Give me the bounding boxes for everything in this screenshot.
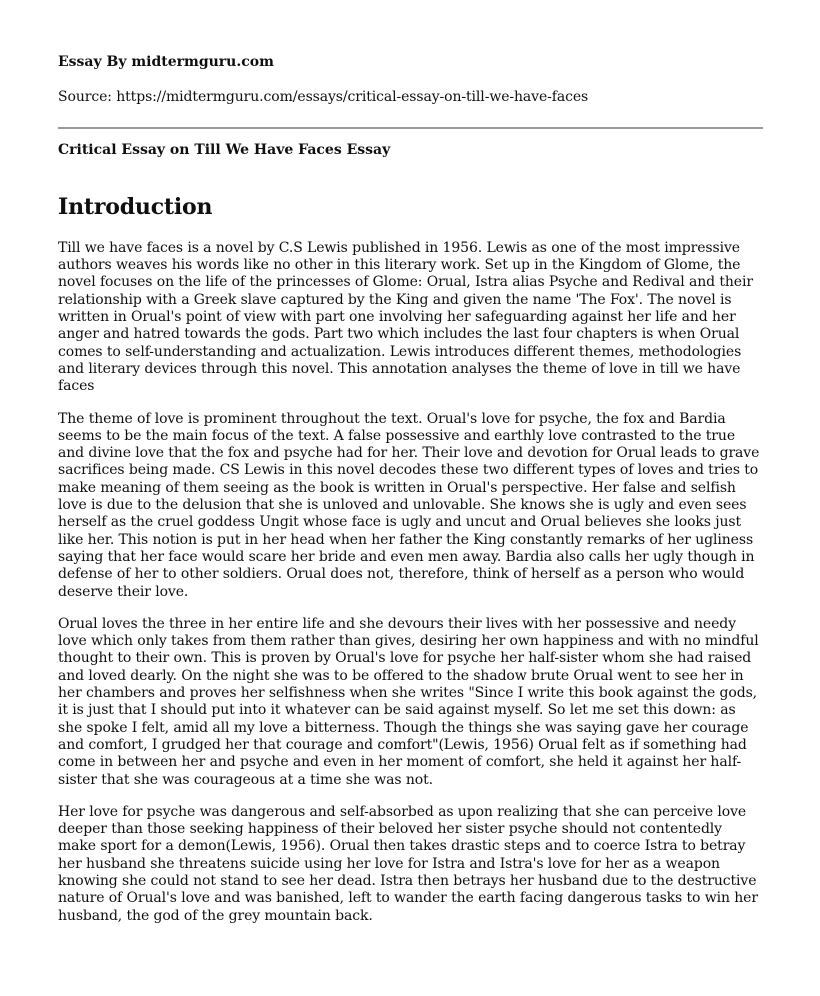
document-page: Essay By midtermguru.com Source: https:/…	[0, 0, 820, 996]
document-title: Critical Essay on Till We Have Faces Ess…	[58, 142, 763, 159]
paragraph-1: Till we have faces is a novel by C.S Lew…	[58, 240, 763, 396]
divider-rule	[58, 127, 763, 129]
section-heading-introduction: Introduction	[58, 194, 763, 220]
article-body: Till we have faces is a novel by C.S Lew…	[58, 240, 763, 925]
paragraph-4: Her love for psyche was dangerous and se…	[58, 804, 763, 925]
byline: Essay By midtermguru.com	[58, 54, 763, 71]
source-label: Source:	[58, 89, 112, 105]
paragraph-3: Orual loves the three in her entire life…	[58, 616, 763, 789]
paragraph-2: The theme of love is prominent throughou…	[58, 411, 763, 601]
source-line: Source: https://midtermguru.com/essays/c…	[58, 89, 763, 106]
source-url: https://midtermguru.com/essays/critical-…	[116, 89, 588, 105]
